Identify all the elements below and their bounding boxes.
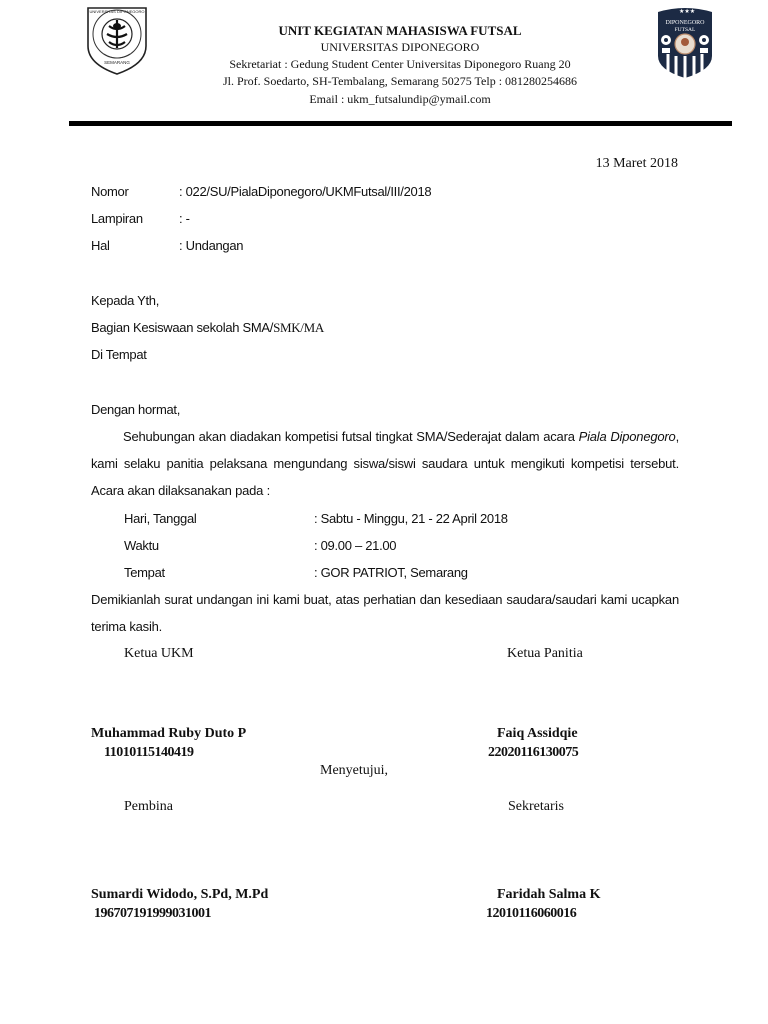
- detail-value-venue: : GOR PATRIOT, Semarang: [314, 565, 468, 580]
- approval-label: Menyetujui,: [320, 763, 388, 779]
- body-paragraph: Sehubungan akan diadakan kompetisi futsa…: [91, 423, 679, 504]
- svg-text:SEMARANG: SEMARANG: [104, 60, 130, 65]
- sig-id-ketua-panitia: 22020116130075: [488, 745, 578, 761]
- svg-text:DIPONEGORO: DIPONEGORO: [666, 20, 706, 26]
- detail-label-venue: Tempat: [124, 565, 165, 580]
- detail-label-date: Hari, Tanggal: [124, 511, 196, 526]
- meta-label-hal: Hal: [91, 238, 110, 253]
- recipient-department: Bagian Kesiswaan sekolah SMA/SMK/MA: [91, 320, 324, 336]
- university-seal-icon: SEMARANG UNIVERSITAS DIPONEGORO: [82, 2, 152, 76]
- street-address: Jl. Prof. Soedarto, SH-Tembalang, Semara…: [150, 73, 650, 90]
- detail-label-time: Waktu: [124, 538, 159, 553]
- futsal-club-shield-icon: ★★★ DIPONEGORO FUTSAL: [652, 4, 718, 80]
- sig-role-sekretaris: Sekretaris: [508, 799, 564, 815]
- sig-name-sekretaris: Faridah Salma K: [497, 887, 600, 903]
- recipient-dept-text: Bagian Kesiswaan sekolah SMA/: [91, 320, 273, 335]
- sig-name-ketua-ukm: Muhammad Ruby Duto P: [91, 726, 246, 742]
- svg-text:UNIVERSITAS DIPONEGORO: UNIVERSITAS DIPONEGORO: [89, 9, 144, 14]
- sig-role-ketua-ukm: Ketua UKM: [124, 646, 194, 662]
- event-name: Piala Diponegoro: [579, 429, 676, 444]
- secretariat-address: Sekretariat : Gedung Student Center Univ…: [150, 56, 650, 73]
- sig-id-pembina: 196707191999031001: [94, 906, 211, 922]
- meta-value-hal: : Undangan: [179, 238, 243, 253]
- letter-date: 13 Maret 2018: [596, 156, 678, 172]
- closing-paragraph: Demikianlah surat undangan ini kami buat…: [91, 586, 679, 640]
- detail-value-time: : 09.00 – 21.00: [314, 538, 396, 553]
- body-text-1: Sehubungan akan diadakan kompetisi futsa…: [123, 429, 579, 444]
- recipient-school-types: SMK/MA: [273, 320, 324, 335]
- meta-label-nomor: Nomor: [91, 184, 129, 199]
- sig-role-pembina: Pembina: [124, 799, 173, 815]
- recipient-salutation: Kepada Yth,: [91, 293, 159, 308]
- letterhead-divider: [69, 121, 732, 126]
- sig-name-ketua-panitia: Faiq Assidqie: [497, 726, 578, 742]
- svg-text:★★★: ★★★: [679, 8, 695, 15]
- svg-text:FUTSAL: FUTSAL: [675, 27, 696, 33]
- greeting: Dengan hormat,: [91, 402, 180, 417]
- meta-value-lampiran: : -: [179, 211, 190, 226]
- sig-role-ketua-panitia: Ketua Panitia: [507, 646, 583, 662]
- meta-value-nomor: : 022/SU/PialaDiponegoro/UKMFutsal/III/2…: [179, 184, 431, 199]
- sig-name-pembina: Sumardi Widodo, S.Pd, M.Pd: [91, 887, 268, 903]
- sig-id-sekretaris: 12010116060016: [486, 906, 576, 922]
- org-name: UNIT KEGIATAN MAHASISWA FUTSAL: [150, 22, 650, 39]
- recipient-place: Di Tempat: [91, 347, 147, 362]
- university-name: UNIVERSITAS DIPONEGORO: [150, 39, 650, 56]
- meta-label-lampiran: Lampiran: [91, 211, 143, 226]
- detail-value-date: : Sabtu - Minggu, 21 - 22 April 2018: [314, 511, 508, 526]
- email-address: Email : ukm_futsalundip@ymail.com: [150, 91, 650, 108]
- sig-id-ketua-ukm: 11010115140419: [104, 745, 193, 761]
